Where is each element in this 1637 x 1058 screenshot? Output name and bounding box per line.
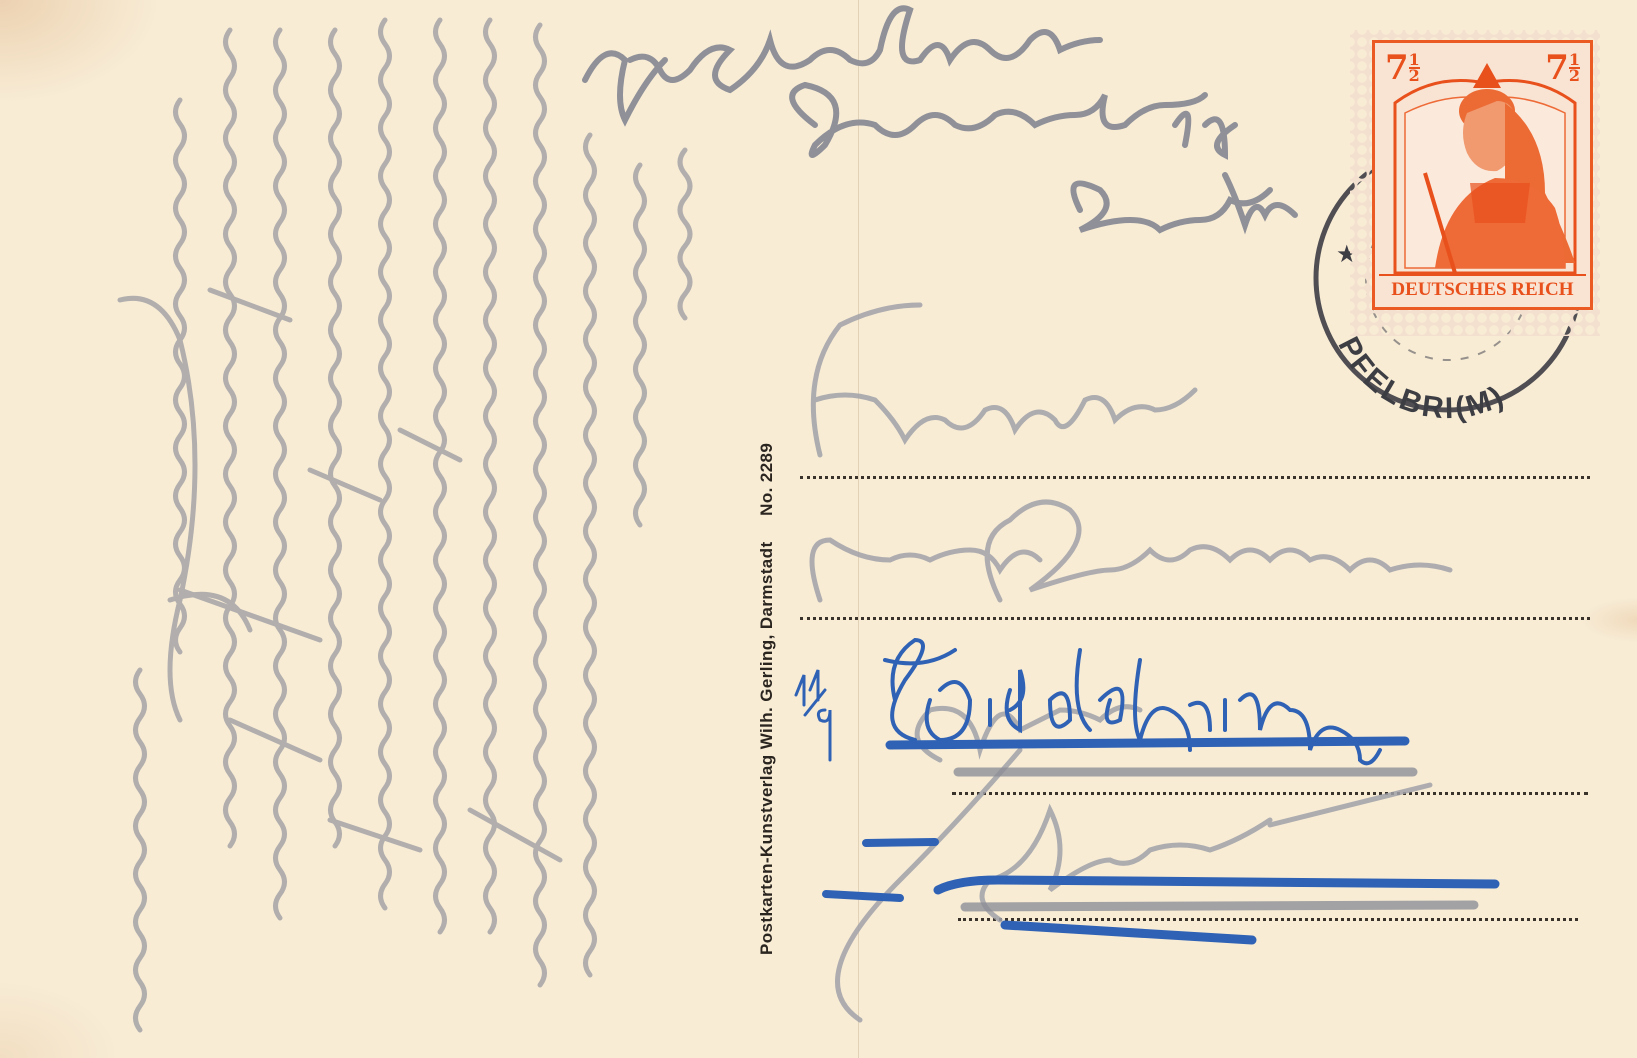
postmark-ring-text: PFELBRI(M) <box>1332 332 1511 426</box>
stamp-country-label: DEUTSCHES REICH <box>1379 274 1586 301</box>
forwarding-note-strokes <box>585 8 1295 230</box>
stamp-frame: 712 712 DEUTSCHES REICH <box>1372 40 1593 310</box>
postcard-back: Postkarten-Kunstverlag Wilh. Gerling, Da… <box>0 0 1637 1058</box>
message-script <box>120 20 690 1030</box>
postage-stamp: 712 712 DEUTSCHES REICH <box>1350 30 1600 336</box>
germania-portrait-icon <box>1375 43 1590 307</box>
blue-ink-strokes <box>796 640 1495 940</box>
